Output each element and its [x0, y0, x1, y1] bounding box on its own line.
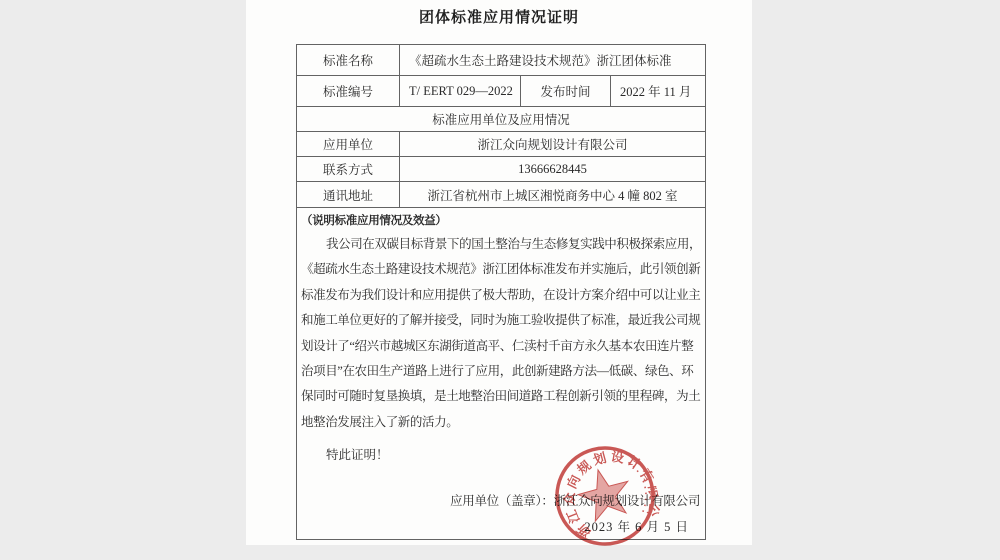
closing-statement: 特此证明！ — [301, 443, 702, 468]
page-title: 团体标准应用情况证明 — [246, 6, 752, 27]
body-line: 《超疏水生态土路建设技术规范》浙江团体标准发布并实施后，此引领创新 — [301, 257, 702, 282]
signature-date-line: 2023 年 6 月 5 日 — [584, 517, 689, 535]
standard-number-value: T/ EERT 029—2022 — [400, 76, 521, 107]
body-line: 地整治发展注入了新的活力。 — [301, 410, 702, 435]
contact-label: 联系方式 — [297, 157, 400, 182]
body-line: 划设计了“绍兴市越城区东湖街道高平、仁渎村千亩方永久基本农田连片整 — [301, 334, 702, 359]
table-row-section-header: 标准应用单位及应用情况 — [297, 107, 706, 132]
scanned-certificate-screenshot: { "document": { "title": "团体标准应用情况证明", "… — [0, 0, 1000, 560]
description-note: （说明标准应用情况及效益） — [301, 212, 702, 228]
signature-unit-line: 应用单位（盖章）：浙江众向规划设计有限公司 — [450, 491, 700, 509]
table-row-address: 通讯地址 浙江省杭州市上城区湘悦商务中心 4 幢 802 室 — [297, 182, 706, 208]
applying-unit-label: 应用单位 — [297, 132, 400, 157]
publish-time-label: 发布时间 — [521, 76, 611, 107]
table-row-contact: 联系方式 13666628445 — [297, 157, 706, 182]
table-row-application-description: （说明标准应用情况及效益） 我公司在双碳目标背景下的国土整治与生态修复实践中积极… — [297, 208, 706, 540]
document-page: 团体标准应用情况证明 标准名称 《超疏水生态土路建设技术规范》浙江团体标准 标准… — [246, 0, 752, 545]
standard-name-label: 标准名称 — [297, 45, 400, 76]
section-header: 标准应用单位及应用情况 — [297, 107, 706, 132]
address-value: 浙江省杭州市上城区湘悦商务中心 4 幢 802 室 — [400, 182, 706, 208]
contact-value: 13666628445 — [400, 157, 706, 182]
body-line: 标准发布为我们设计和应用提供了极大帮助，在设计方案介绍中可以让业主 — [301, 283, 702, 308]
table-row-standard-number: 标准编号 T/ EERT 029—2022 发布时间 2022 年 11 月 — [297, 76, 706, 107]
body-line: 我公司在双碳目标背景下的国土整治与生态修复实践中积极探索应用， — [301, 232, 702, 257]
certificate-table: 标准名称 《超疏水生态土路建设技术规范》浙江团体标准 标准编号 T/ EERT … — [296, 44, 706, 540]
standard-number-label: 标准编号 — [297, 76, 400, 107]
application-description-cell: （说明标准应用情况及效益） 我公司在双碳目标背景下的国土整治与生态修复实践中积极… — [297, 208, 706, 540]
applying-unit-value: 浙江众向规划设计有限公司 — [400, 132, 706, 157]
body-line: 和施工单位更好的了解并接受，同时为施工验收提供了标准，最近我公司规 — [301, 308, 702, 333]
body-line: 保同时可随时复垦换填，是土地整治田间道路工程创新引领的里程碑，为土 — [301, 384, 702, 409]
body-line: 治项目”在农田生产道路上进行了应用，此创新建路方法—低碳、绿色、环 — [301, 359, 702, 384]
publish-time-value: 2022 年 11 月 — [611, 76, 706, 107]
standard-name-value: 《超疏水生态土路建设技术规范》浙江团体标准 — [400, 45, 706, 76]
table-row-applying-unit: 应用单位 浙江众向规划设计有限公司 — [297, 132, 706, 157]
address-label: 通讯地址 — [297, 182, 400, 208]
table-row-standard-name: 标准名称 《超疏水生态土路建设技术规范》浙江团体标准 — [297, 45, 706, 76]
